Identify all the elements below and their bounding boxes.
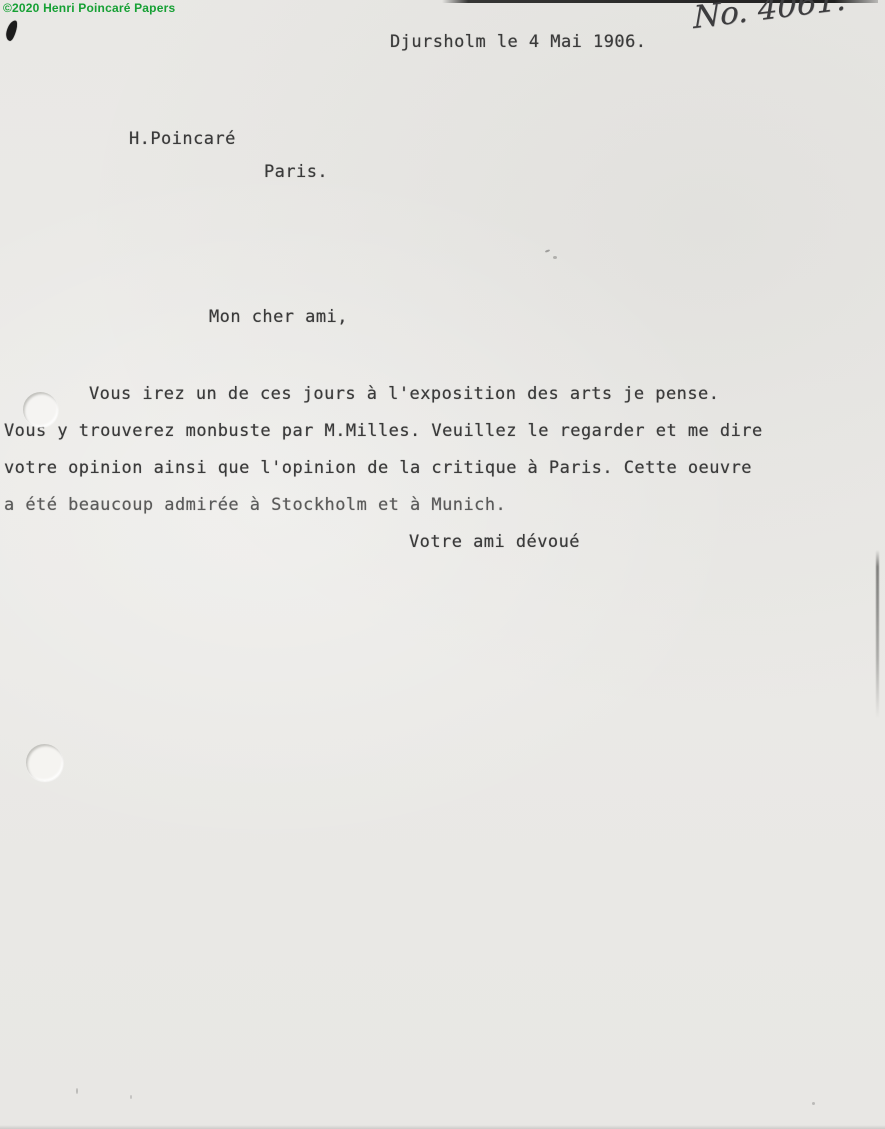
closing-signature: Votre ami dévoué: [409, 532, 580, 552]
paper-speck: [553, 256, 557, 259]
salutation: Mon cher ami,: [209, 307, 348, 327]
scan-edge-artifact-bottom: [0, 1125, 885, 1129]
copyright-notice: ©2020 Henri Poincaré Papers: [3, 1, 175, 15]
letter-dateline: Djursholm le 4 Mai 1906.: [390, 32, 646, 52]
recipient-city: Paris.: [264, 162, 328, 182]
paper-speck: [812, 1102, 815, 1105]
punch-hole: [26, 744, 63, 781]
body-line: Vous irez un de ces jours à l'exposition…: [89, 384, 719, 404]
body-line: a été beaucoup admirée à Stockholm et à …: [4, 495, 506, 515]
scanned-letter-page: { "meta": { "copyright_notice": "©2020 H…: [0, 0, 885, 1129]
paper-speck: [130, 1095, 132, 1099]
punch-hole: [23, 392, 58, 427]
body-line: Vous y trouverez monbuste par M.Milles. …: [4, 421, 763, 441]
paper-speck: [76, 1088, 78, 1094]
body-line: votre opinion ainsi que l'opinion de la …: [4, 458, 752, 478]
recipient-name: H.Poincaré: [129, 129, 236, 149]
scan-edge-artifact-right: [876, 550, 879, 718]
paper-background: [0, 0, 885, 1129]
